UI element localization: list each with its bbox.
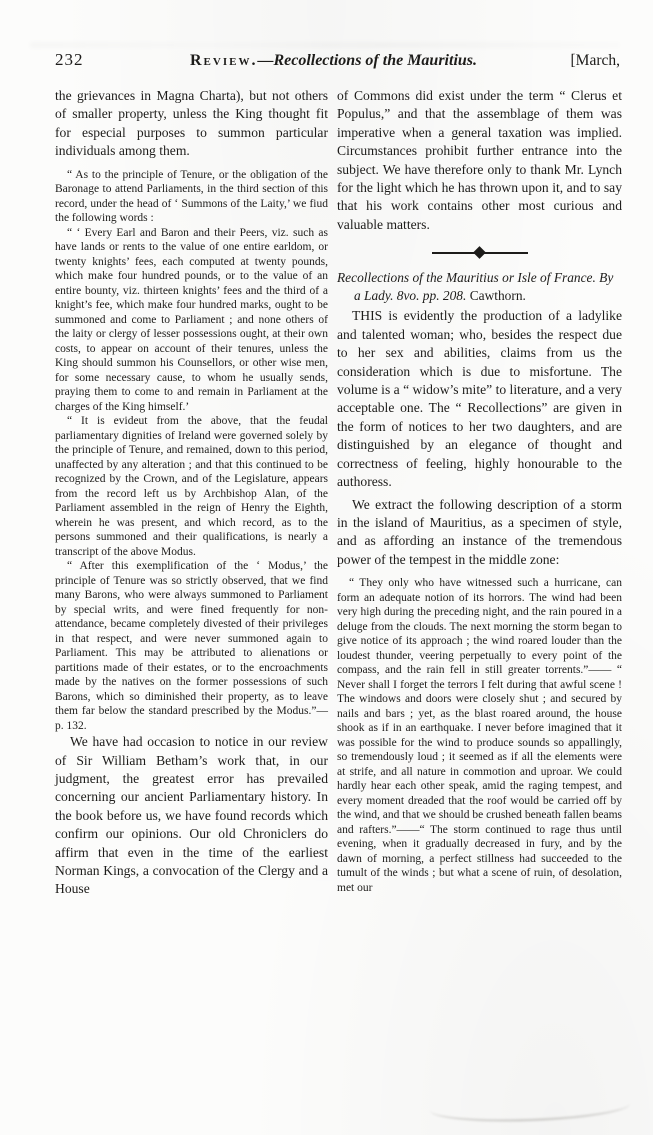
left-column: the grievances in Magna Charta), but not… xyxy=(55,87,328,899)
article-paragraph: of Commons did exist under the term “ Cl… xyxy=(337,87,622,234)
running-head-review-label: Review. xyxy=(190,52,257,69)
quoted-extract: “ It is evideut from the above, that the… xyxy=(55,414,328,559)
scanned-book-page: 232 Review.—Recollections of the Mauriti… xyxy=(0,0,653,1135)
quoted-extract-with-citation: “ After this exemplification of the ‘ Mo… xyxy=(55,559,328,733)
review-heading-publisher: Cawthorn. xyxy=(470,288,526,303)
issue-month: [March, xyxy=(542,52,620,70)
page-number: 232 xyxy=(55,50,125,70)
running-head: 232 Review.—Recollections of the Mauriti… xyxy=(55,50,620,70)
article-paragraph: the grievances in Magna Charta), but not… xyxy=(55,87,328,161)
article-paragraph: We extract the following description of … xyxy=(337,496,622,570)
diamond-rule-ornament xyxy=(432,248,528,257)
rule-left xyxy=(432,252,477,255)
right-column: of Commons did exist under the term “ Cl… xyxy=(337,87,622,895)
diamond-icon xyxy=(473,246,486,259)
running-head-article-title: —Recollections of the Mauritius. xyxy=(257,52,477,69)
rule-right xyxy=(483,252,528,255)
article-paragraph: THIS is evidently the production of a la… xyxy=(337,307,622,491)
quoted-extract: “ They only who have witnessed such a hu… xyxy=(337,576,622,895)
review-heading: Recollections of the Mauritius or Isle o… xyxy=(337,269,622,304)
scan-artifact-page-curl xyxy=(430,1090,631,1125)
running-head-title: Review.—Recollections of the Mauritius. xyxy=(125,52,542,70)
quoted-extract: “ As to the principle of Tenure, or the … xyxy=(55,168,328,226)
quoted-extract: “ ‘ Every Earl and Baron and their Peers… xyxy=(55,226,328,415)
article-paragraph: We have had occasion to notice in our re… xyxy=(55,733,328,899)
scan-artifact-top xyxy=(30,42,620,48)
